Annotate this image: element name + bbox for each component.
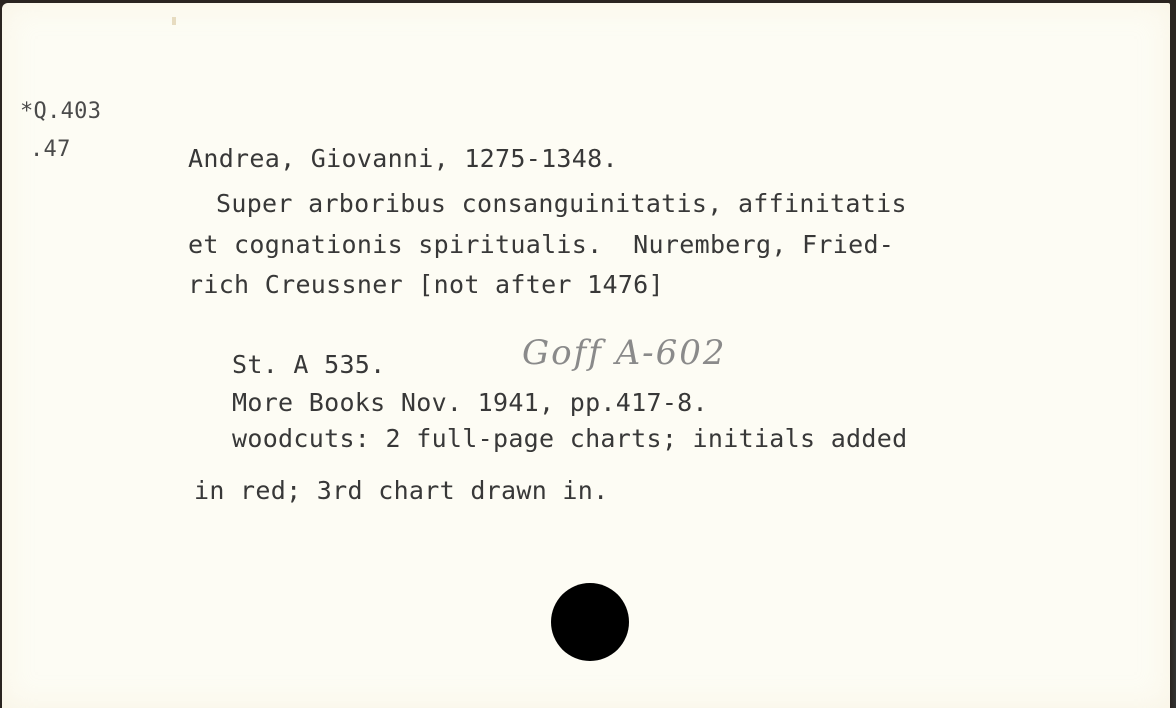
call-number-line-1: *Q.403 [20, 97, 101, 127]
author-heading: Andrea, Giovanni, 1275-1348. [188, 143, 618, 175]
reference-stillwell: St. A 535. [232, 349, 386, 381]
catalog-card: *Q.403 .47 Andrea, Giovanni, 1275-1348. … [2, 3, 1170, 708]
punch-hole [551, 583, 629, 661]
title-line-3: rich Creussner [not after 1476] [188, 269, 664, 301]
call-number-line-2: .47 [30, 135, 71, 165]
handwritten-goff-number: Goff A-602 [522, 333, 727, 373]
paper-blemish [172, 17, 176, 25]
note-line-1: woodcuts: 2 full-page charts; initials a… [232, 423, 907, 455]
reference-more-books: More Books Nov. 1941, pp.417-8. [232, 387, 708, 419]
title-line-1: Super arboribus consanguinitatis, affini… [216, 188, 907, 220]
title-line-2: et cognationis spiritualis. Nuremberg, F… [188, 229, 894, 261]
card-edge-shadow [1170, 620, 1176, 708]
note-line-2: in red; 3rd chart drawn in. [194, 475, 608, 507]
